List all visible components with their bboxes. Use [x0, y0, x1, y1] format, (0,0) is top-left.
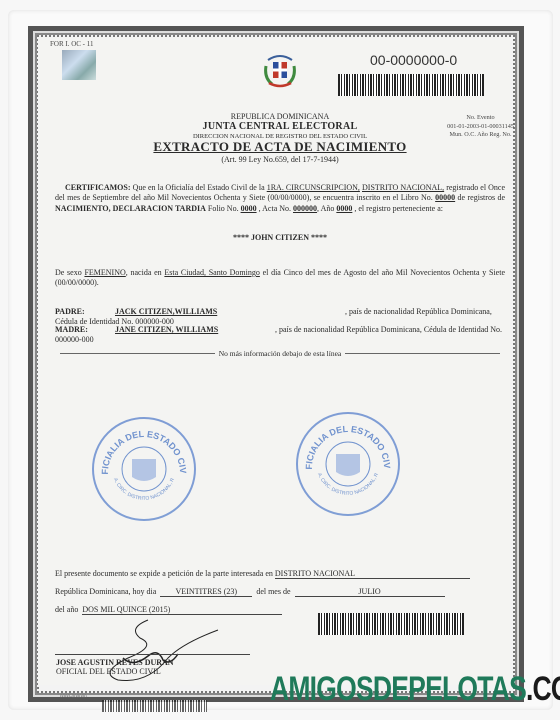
- hologram-icon: [62, 50, 96, 80]
- issuance-year: DOS MIL QUINCE (2015): [82, 606, 282, 615]
- official-seal-right: OFICIALIA DEL ESTADO CIVIL 1RA. CIRC. DI…: [296, 412, 400, 516]
- event-info: No. Evento 001-01-2003-01-00031145 Mun. …: [418, 114, 543, 140]
- issuance-day: VEINTITRES (23): [160, 588, 252, 597]
- text: Folio No.: [206, 204, 241, 213]
- mother-name: JANE CITIZEN, WILLIAMS: [115, 325, 275, 335]
- event-number: 001-01-2003-01-00031145: [418, 123, 543, 132]
- father-label: PADRE:: [55, 307, 115, 317]
- divider-line: [345, 353, 500, 354]
- text: , Año: [317, 204, 336, 213]
- text: República Dominicana, hoy dia: [55, 587, 156, 596]
- event-sublabel: Mun. O.C. Año Reg. No.: [418, 131, 543, 140]
- birth-place: Esta Ciudad, Santo Domingo: [164, 268, 260, 277]
- issuance-line-2: República Dominicana, hoy dia VEINTITRES…: [55, 588, 505, 597]
- barcode-bottom: [318, 613, 464, 635]
- text: Que en la Oficialía del Estado Civil de …: [131, 183, 267, 192]
- law-reference: (Art. 99 Ley No.659, del 17-7-1944): [130, 155, 430, 164]
- text: El presente documento se expide a petici…: [55, 569, 275, 578]
- country-name: REPUBLICA DOMINICANA: [130, 112, 430, 121]
- form-code: FOR I. OC - 11: [50, 40, 94, 48]
- event-label: No. Evento: [418, 114, 543, 123]
- watermark-green: AMIGOSDEPELOTAS: [270, 670, 526, 708]
- mother-label: MADRE:: [55, 325, 115, 335]
- text: del mes de: [256, 587, 290, 596]
- registrant-name: **** JOHN CITIZEN ****: [180, 233, 380, 242]
- barcode-top: [338, 74, 484, 96]
- text: De sexo: [55, 268, 84, 277]
- certification-paragraph: CERTIFICAMOS: Que en la Oficialía del Es…: [55, 183, 505, 214]
- official-title: OFICIAL DEL ESTADO CIVIL: [56, 667, 174, 676]
- no-more-info-text: No más información debajo de esta línea: [219, 349, 341, 358]
- text: , el registro perteneciente a:: [352, 204, 443, 213]
- sex: FEMENINO: [84, 268, 125, 277]
- issuance-place: DISTRITO NACIONAL: [275, 570, 470, 579]
- document-title: EXTRACTO DE ACTA DE NACIMIENTO: [130, 140, 430, 155]
- text: de registros de: [455, 193, 505, 202]
- watermark-dark: .COM: [526, 670, 560, 708]
- coat-of-arms-icon: [263, 52, 297, 90]
- circunscripcion: 1RA. CIRCUNSCRIPCION,: [267, 183, 360, 192]
- official-block: JOSE AGUSTIN REYES DURAN OFICIAL DEL EST…: [56, 658, 174, 676]
- issuance-line-1: El presente documento se expide a petici…: [55, 570, 505, 579]
- libro-number: 00000: [435, 193, 455, 202]
- text: del año: [55, 605, 78, 614]
- folio-number: 0000: [241, 204, 257, 213]
- document-header: REPUBLICA DOMINICANA JUNTA CENTRAL ELECT…: [130, 112, 430, 164]
- father-name: JACK CITIZEN,WILLIAMS: [115, 307, 345, 317]
- institution-name: JUNTA CENTRAL ELECTORAL: [130, 121, 430, 133]
- year-number: 0000: [336, 204, 352, 213]
- acta-number: 000000: [293, 204, 317, 213]
- birth-paragraph: De sexo FEMENINO, nacida en Esta Ciudad,…: [55, 268, 505, 289]
- text: , nacida en: [126, 268, 165, 277]
- divider-line: [60, 353, 215, 354]
- text: , Acta No.: [257, 204, 293, 213]
- certificate-number: 00-0000000-0: [370, 52, 457, 68]
- signature-line: [55, 654, 250, 655]
- official-seal-left: OFICIALIA DEL ESTADO CIVIL 1RA. CIRC. DI…: [92, 417, 196, 521]
- issuance-month: JULIO: [295, 588, 445, 597]
- watermark: AMIGOSDEPELOTAS.COM: [270, 672, 560, 706]
- footer-code: 0000-000000: [60, 695, 87, 700]
- certification-lead: CERTIFICAMOS:: [65, 183, 131, 192]
- record-type: NACIMIENTO, DECLARACION TARDIA: [55, 204, 206, 213]
- no-more-info-divider: No más información debajo de esta línea: [60, 349, 500, 358]
- mother-entry: MADRE:JANE CITIZEN, WILLIAMS, país de na…: [55, 325, 505, 345]
- district: DISTRITO NACIONAL,: [362, 183, 444, 192]
- father-entry: PADRE:JACK CITIZEN,WILLIAMS, país de nac…: [55, 307, 505, 327]
- official-name: JOSE AGUSTIN REYES DURAN: [56, 658, 174, 667]
- barcode-footer: [102, 700, 207, 712]
- signature-icon: [88, 618, 228, 688]
